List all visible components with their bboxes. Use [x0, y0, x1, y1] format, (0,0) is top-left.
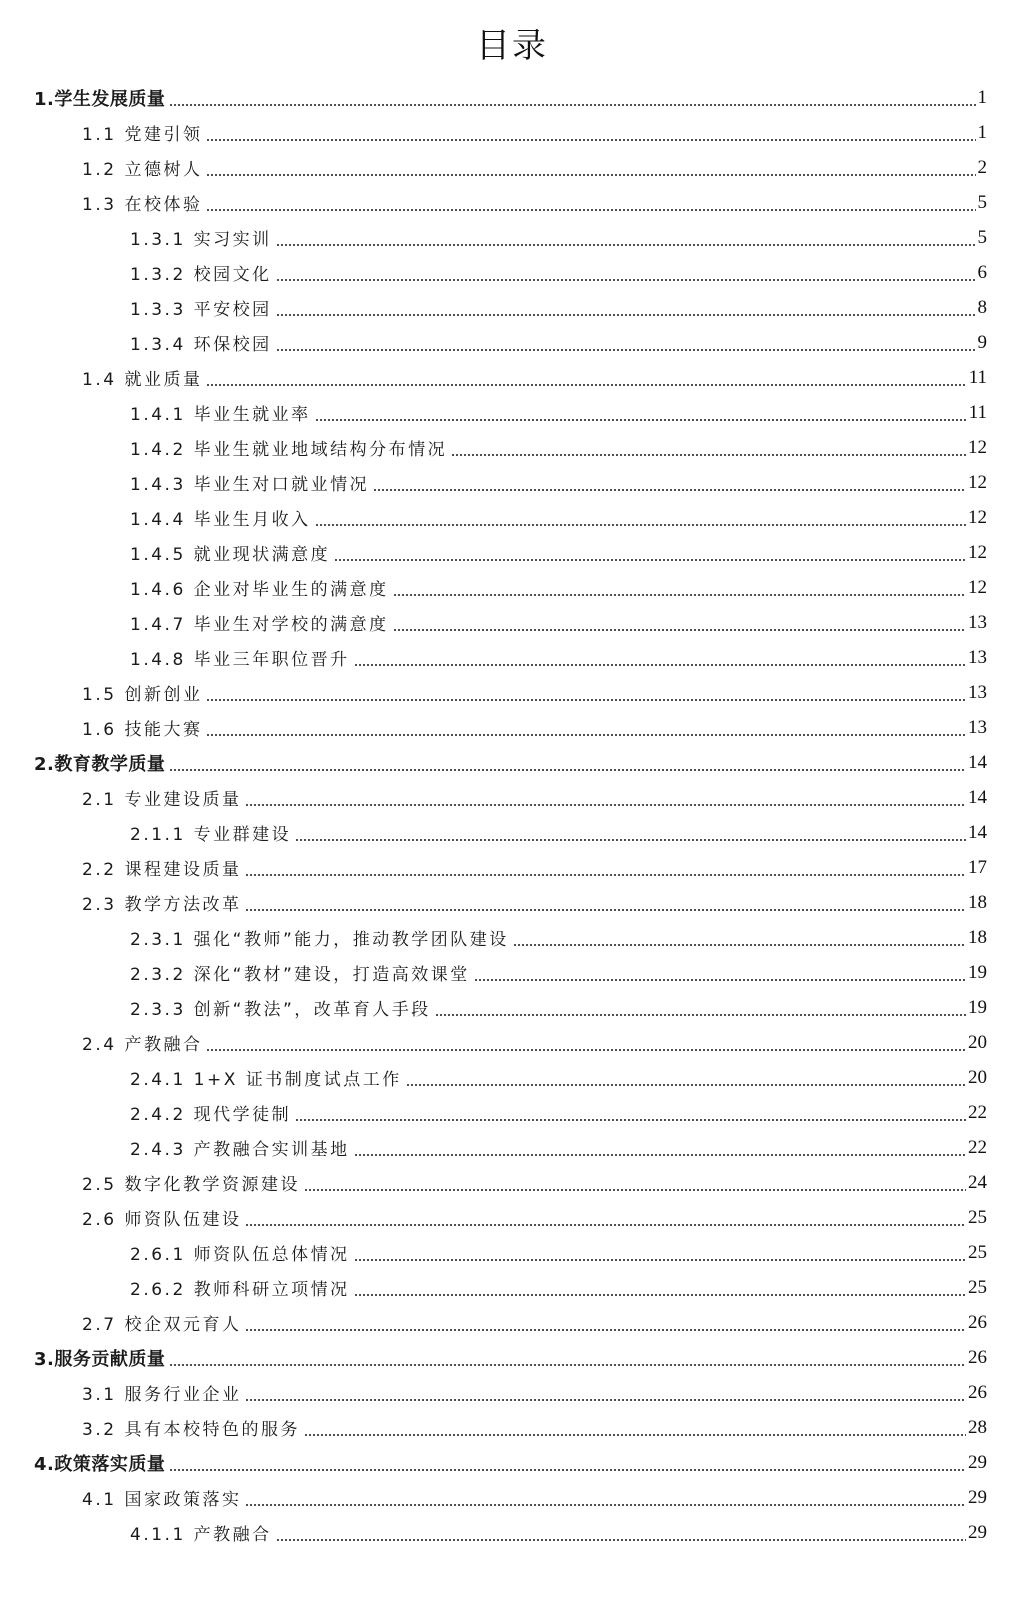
toc-entry-page-number: 26 [968, 1382, 987, 1404]
toc-entry-label: 2.7 校企双元育人 [82, 1310, 243, 1335]
toc-entry-page-number: 11 [969, 367, 987, 389]
toc-entry-label: 2.1 专业建设质量 [82, 785, 243, 810]
toc-entry-level-1[interactable]: 3.服务贡献质量 26 [0, 1340, 1024, 1375]
toc-entry-page-number: 13 [968, 682, 987, 704]
toc-entry-label: 3.服务贡献质量 [34, 1345, 167, 1371]
dot-leader [315, 419, 967, 421]
toc-entry-label: 1.学生发展质量 [34, 85, 167, 111]
toc-entry-page-number: 13 [968, 717, 987, 739]
dot-leader [373, 489, 966, 491]
dot-leader [406, 1084, 966, 1086]
toc-entry-level-3[interactable]: 2.3.1 强化“教师”能力，推动教学团队建设 18 [0, 920, 1024, 955]
toc-entry-page-number: 19 [968, 962, 987, 984]
toc-entry-level-1[interactable]: 4.政策落实质量 29 [0, 1445, 1024, 1480]
toc-entry-label: 4.政策落实质量 [34, 1450, 167, 1476]
toc-entry-label: 3.2 具有本校特色的服务 [82, 1415, 302, 1440]
toc-entry-page-number: 25 [968, 1242, 987, 1264]
toc-entry-level-2[interactable]: 2.1 专业建设质量 14 [0, 780, 1024, 815]
toc-entry-level-3[interactable]: 2.4.3 产教融合实训基地 22 [0, 1130, 1024, 1165]
dot-leader [334, 559, 966, 561]
toc-entry-label: 2.3.1 强化“教师”能力，推动教学团队建设 [130, 925, 511, 950]
dot-leader [169, 769, 966, 771]
dot-leader [276, 314, 976, 316]
toc-entry-level-3[interactable]: 2.6.2 教师科研立项情况 25 [0, 1270, 1024, 1305]
toc-entry-page-number: 12 [968, 472, 987, 494]
toc-entry-page-number: 17 [968, 857, 987, 879]
toc-entry-page-number: 20 [968, 1032, 987, 1054]
dot-leader [206, 1049, 966, 1051]
dot-leader [474, 979, 966, 981]
toc-entry-label: 2.2 课程建设质量 [82, 855, 243, 880]
dot-leader [354, 1154, 966, 1156]
dot-leader [169, 1469, 966, 1471]
toc-entry-label: 1.4.3 毕业生对口就业情况 [130, 470, 371, 495]
toc-entry-level-2[interactable]: 1.3 在校体验 5 [0, 185, 1024, 220]
toc-entry-page-number: 29 [968, 1522, 987, 1544]
toc-entry-level-2[interactable]: 2.4 产教融合 20 [0, 1025, 1024, 1060]
toc-entry-page-number: 19 [968, 997, 987, 1019]
dot-leader [304, 1434, 966, 1436]
dot-leader [245, 874, 966, 876]
toc-entry-label: 2.5 数字化教学资源建设 [82, 1170, 302, 1195]
toc-entry-label: 2.4.3 产教融合实训基地 [130, 1135, 352, 1160]
toc-entry-level-3[interactable]: 2.3.2 深化“教材”建设，打造高效课堂 19 [0, 955, 1024, 990]
dot-leader [354, 1294, 966, 1296]
toc-entry-label: 1.5 创新创业 [82, 680, 204, 705]
toc-entry-page-number: 14 [968, 822, 987, 844]
toc-entry-page-number: 24 [968, 1172, 987, 1194]
toc-entry-label: 1.4.2 毕业生就业地域结构分布情况 [130, 435, 449, 460]
toc-entry-page-number: 12 [968, 577, 987, 599]
dot-leader [206, 174, 975, 176]
toc-entry-label: 4.1 国家政策落实 [82, 1485, 243, 1510]
toc-entry-label: 2.6.1 师资队伍总体情况 [130, 1240, 352, 1265]
toc-entry-label: 1.4.5 就业现状满意度 [130, 540, 332, 565]
dot-leader [276, 1539, 966, 1541]
toc-entry-page-number: 26 [968, 1347, 987, 1369]
toc-entry-page-number: 5 [978, 227, 988, 249]
toc-entry-level-2[interactable]: 2.5 数字化教学资源建设 24 [0, 1165, 1024, 1200]
toc-entry-label: 1.4.4 毕业生月收入 [130, 505, 313, 530]
toc-entry-level-2[interactable]: 1.4 就业质量 11 [0, 360, 1024, 395]
toc-entry-page-number: 5 [978, 192, 988, 214]
toc-entry-label: 1.4.7 毕业生对学校的满意度 [130, 610, 391, 635]
toc-entry-level-2[interactable]: 2.6 师资队伍建设 25 [0, 1200, 1024, 1235]
toc-entry-page-number: 13 [968, 647, 987, 669]
toc-entry-level-3[interactable]: 1.4.6 企业对毕业生的满意度 12 [0, 570, 1024, 605]
dot-leader [245, 1399, 966, 1401]
dot-leader [206, 384, 966, 386]
toc-entry-label: 1.4 就业质量 [82, 365, 204, 390]
dot-leader [245, 1504, 966, 1506]
toc-entry-label: 3.1 服务行业企业 [82, 1380, 243, 1405]
toc-entry-page-number: 20 [968, 1067, 987, 1089]
toc-entry-label: 2.6.2 教师科研立项情况 [130, 1275, 352, 1300]
toc-entry-page-number: 12 [968, 542, 987, 564]
toc-entry-label: 1.1 党建引领 [82, 120, 204, 145]
toc-entry-label: 2.4.2 现代学徒制 [130, 1100, 293, 1125]
toc-entry-level-2[interactable]: 4.1 国家政策落实 29 [0, 1480, 1024, 1515]
toc-entry-level-3[interactable]: 1.4.2 毕业生就业地域结构分布情况 12 [0, 430, 1024, 465]
toc-entry-level-3[interactable]: 2.4.2 现代学徒制 22 [0, 1095, 1024, 1130]
toc-entry-level-3[interactable]: 4.1.1 产教融合 29 [0, 1515, 1024, 1550]
dot-leader [276, 349, 976, 351]
toc-entry-page-number: 18 [968, 927, 987, 949]
toc-entry-level-1[interactable]: 2.教育教学质量 14 [0, 745, 1024, 780]
page-title: 目录 [0, 18, 1024, 67]
toc-entry-level-2[interactable]: 1.2 立德树人 2 [0, 150, 1024, 185]
toc-entry-level-2[interactable]: 3.1 服务行业企业 26 [0, 1375, 1024, 1410]
toc-entry-label: 1.2 立德树人 [82, 155, 204, 180]
toc-entry-label: 1.3 在校体验 [82, 190, 204, 215]
toc-entry-page-number: 12 [968, 507, 987, 529]
dot-leader [435, 1014, 966, 1016]
dot-leader [295, 1119, 966, 1121]
toc-entry-level-2[interactable]: 1.6 技能大赛 13 [0, 710, 1024, 745]
dot-leader [451, 454, 966, 456]
toc-entry-level-3[interactable]: 1.4.7 毕业生对学校的满意度 13 [0, 605, 1024, 640]
dot-leader [315, 524, 966, 526]
toc-entry-level-2[interactable]: 3.2 具有本校特色的服务 28 [0, 1410, 1024, 1445]
toc-entry-page-number: 11 [969, 402, 987, 424]
dot-leader [393, 594, 966, 596]
toc-entry-level-3[interactable]: 1.4.8 毕业三年职位晋升 13 [0, 640, 1024, 675]
toc-entry-label: 1.4.6 企业对毕业生的满意度 [130, 575, 391, 600]
dot-leader [245, 804, 966, 806]
toc-entry-level-3[interactable]: 2.3.3 创新“教法”，改革育人手段 19 [0, 990, 1024, 1025]
toc-entry-page-number: 22 [968, 1137, 987, 1159]
toc-entry-level-3[interactable]: 2.4.1 1+X 证书制度试点工作 20 [0, 1060, 1024, 1095]
toc-entry-level-3[interactable]: 1.4.5 就业现状满意度 12 [0, 535, 1024, 570]
toc-entry-label: 2.教育教学质量 [34, 750, 167, 776]
toc-entry-level-3[interactable]: 2.6.1 师资队伍总体情况 25 [0, 1235, 1024, 1270]
toc-entry-page-number: 1 [978, 122, 988, 144]
toc-entry-label: 2.3 教学方法改革 [82, 890, 243, 915]
toc-entry-level-2[interactable]: 2.7 校企双元育人 26 [0, 1305, 1024, 1340]
dot-leader [295, 839, 966, 841]
toc-entry-page-number: 29 [968, 1487, 987, 1509]
toc-entry-page-number: 26 [968, 1312, 987, 1334]
dot-leader [245, 909, 966, 911]
dot-leader [169, 104, 975, 106]
toc-entry-page-number: 12 [968, 437, 987, 459]
toc-entry-page-number: 28 [968, 1417, 987, 1439]
toc-entry-label: 1.4.8 毕业三年职位晋升 [130, 645, 352, 670]
dot-leader [354, 1259, 966, 1261]
toc-entry-level-3[interactable]: 1.4.1 毕业生就业率 11 [0, 395, 1024, 430]
toc-entry-label: 1.3.2 校园文化 [130, 260, 274, 285]
dot-leader [206, 734, 966, 736]
dot-leader [276, 279, 976, 281]
toc-entry-level-3[interactable]: 1.3.4 环保校园 9 [0, 325, 1024, 360]
toc-entry-label: 2.6 师资队伍建设 [82, 1205, 243, 1230]
dot-leader [206, 139, 975, 141]
toc-entry-page-number: 18 [968, 892, 987, 914]
toc-entry-page-number: 25 [968, 1277, 987, 1299]
toc-entry-page-number: 2 [978, 157, 988, 179]
toc-entry-level-3[interactable]: 1.3.3 平安校园 8 [0, 290, 1024, 325]
toc-entry-label: 1.3.1 实习实训 [130, 225, 274, 250]
toc-entry-page-number: 14 [968, 787, 987, 809]
toc-entry-label: 2.4.1 1+X 证书制度试点工作 [130, 1065, 404, 1090]
toc-entry-label: 1.3.3 平安校园 [130, 295, 274, 320]
toc-entry-page-number: 13 [968, 612, 987, 634]
toc-entry-level-2[interactable]: 2.2 课程建设质量 17 [0, 850, 1024, 885]
toc-entry-label: 2.3.2 深化“教材”建设，打造高效课堂 [130, 960, 472, 985]
toc-entry-level-2[interactable]: 1.1 党建引领 1 [0, 115, 1024, 150]
toc-entry-level-3[interactable]: 2.1.1 专业群建设 14 [0, 815, 1024, 850]
toc-entry-page-number: 9 [978, 332, 988, 354]
toc-entry-label: 1.6 技能大赛 [82, 715, 204, 740]
toc-entry-label: 1.3.4 环保校园 [130, 330, 274, 355]
toc-entry-page-number: 6 [978, 262, 988, 284]
toc-entry-page-number: 29 [968, 1452, 987, 1474]
toc-entry-level-2[interactable]: 1.5 创新创业 13 [0, 675, 1024, 710]
toc-entry-label: 2.3.3 创新“教法”，改革育人手段 [130, 995, 433, 1020]
dot-leader [206, 209, 975, 211]
dot-leader [304, 1189, 966, 1191]
dot-leader [354, 664, 966, 666]
dot-leader [393, 629, 966, 631]
dot-leader [245, 1329, 966, 1331]
toc-entry-label: 2.4 产教融合 [82, 1030, 204, 1055]
toc-entry-label: 2.1.1 专业群建设 [130, 820, 293, 845]
toc-entry-level-3[interactable]: 1.4.3 毕业生对口就业情况 12 [0, 465, 1024, 500]
dot-leader [513, 944, 966, 946]
toc-entry-page-number: 8 [978, 297, 988, 319]
toc-entry-page-number: 14 [968, 752, 987, 774]
toc-entry-label: 4.1.1 产教融合 [130, 1520, 274, 1545]
toc-entry-label: 1.4.1 毕业生就业率 [130, 400, 313, 425]
toc-entry-page-number: 25 [968, 1207, 987, 1229]
dot-leader [206, 699, 966, 701]
toc-entry-page-number: 1 [978, 87, 988, 109]
toc-entry-level-2[interactable]: 2.3 教学方法改革 18 [0, 885, 1024, 920]
dot-leader [169, 1364, 966, 1366]
toc-entry-level-3[interactable]: 1.4.4 毕业生月收入 12 [0, 500, 1024, 535]
toc-entry-level-3[interactable]: 1.3.2 校园文化 6 [0, 255, 1024, 290]
dot-leader [245, 1224, 966, 1226]
toc-entry-page-number: 22 [968, 1102, 987, 1124]
table-of-contents: 1.学生发展质量 1 1.1 党建引领 1 1.2 立德树人 2 1.3 在校体… [0, 80, 1024, 1550]
dot-leader [276, 244, 976, 246]
toc-entry-level-1[interactable]: 1.学生发展质量 1 [0, 80, 1024, 115]
toc-entry-level-3[interactable]: 1.3.1 实习实训 5 [0, 220, 1024, 255]
